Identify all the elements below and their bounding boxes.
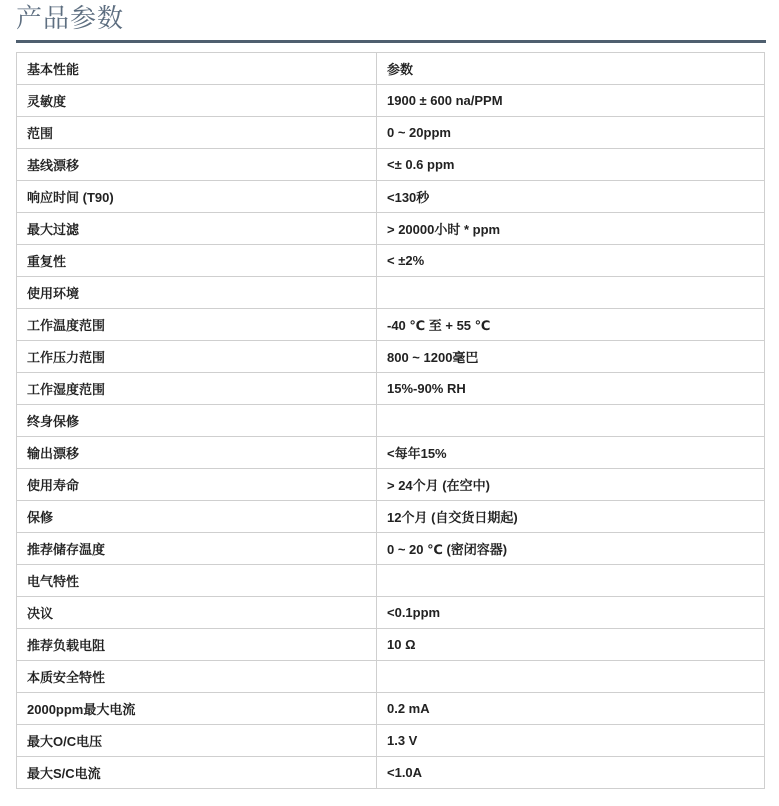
param-label: 使用寿命	[17, 469, 377, 501]
param-value: 15%-90% RH	[377, 373, 765, 405]
table-row: 最大O/C电压1.3 V	[17, 725, 765, 757]
param-label: 推荐储存温度	[17, 533, 377, 565]
table-row: 使用环境	[17, 277, 765, 309]
param-value: < ±2%	[377, 245, 765, 277]
param-value: 12个月 (自交货日期起)	[377, 501, 765, 533]
param-value: <130秒	[377, 181, 765, 213]
param-label: 最大S/C电流	[17, 757, 377, 789]
table-row: 本质安全特性	[17, 661, 765, 693]
param-label: 终身保修	[17, 405, 377, 437]
param-label: 范围	[17, 117, 377, 149]
table-row: 响应时间 (T90)<130秒	[17, 181, 765, 213]
table-row: 最大过滤> 20000小时 * ppm	[17, 213, 765, 245]
param-label: 保修	[17, 501, 377, 533]
param-label: 2000ppm最大电流	[17, 693, 377, 725]
table-row: 工作湿度范围15%-90% RH	[17, 373, 765, 405]
table-row: 决议<0.1ppm	[17, 597, 765, 629]
title-divider	[16, 40, 766, 43]
param-value	[377, 661, 765, 693]
param-value: -40 ℃ 至 + 55 ℃	[377, 309, 765, 341]
param-value: 1.3 V	[377, 725, 765, 757]
param-label: 最大O/C电压	[17, 725, 377, 757]
param-label: 响应时间 (T90)	[17, 181, 377, 213]
param-value: <0.1ppm	[377, 597, 765, 629]
page-title: 产品参数	[16, 0, 124, 36]
table-row: 最大S/C电流<1.0A	[17, 757, 765, 789]
table-row: 灵敏度1900 ± 600 na/PPM	[17, 85, 765, 117]
table-row: 2000ppm最大电流0.2 mA	[17, 693, 765, 725]
param-value: 1900 ± 600 na/PPM	[377, 85, 765, 117]
spec-table: 基本性能参数 灵敏度1900 ± 600 na/PPM 范围0 ~ 20ppm …	[16, 52, 765, 789]
param-value: <± 0.6 ppm	[377, 149, 765, 181]
param-value	[377, 405, 765, 437]
param-value: <1.0A	[377, 757, 765, 789]
table-row: 输出漂移<每年15%	[17, 437, 765, 469]
param-value: <每年15%	[377, 437, 765, 469]
param-label: 推荐负载电阻	[17, 629, 377, 661]
table-row: 重复性< ±2%	[17, 245, 765, 277]
param-label: 基线漂移	[17, 149, 377, 181]
param-value: 0.2 mA	[377, 693, 765, 725]
param-value	[377, 565, 765, 597]
table-row: 推荐储存温度0 ~ 20 ℃ (密闭容器)	[17, 533, 765, 565]
param-value: 800 ~ 1200毫巴	[377, 341, 765, 373]
param-value: > 24个月 (在空中)	[377, 469, 765, 501]
param-label: 本质安全特性	[17, 661, 377, 693]
param-value: > 20000小时 * ppm	[377, 213, 765, 245]
param-label: 决议	[17, 597, 377, 629]
param-label: 工作温度范围	[17, 309, 377, 341]
param-label: 工作压力范围	[17, 341, 377, 373]
param-value: 0 ~ 20 ℃ (密闭容器)	[377, 533, 765, 565]
table-row: 推荐负载电阻10 Ω	[17, 629, 765, 661]
param-value	[377, 277, 765, 309]
param-value: 10 Ω	[377, 629, 765, 661]
param-value: 参数	[377, 53, 765, 85]
table-row: 工作压力范围800 ~ 1200毫巴	[17, 341, 765, 373]
table-row: 终身保修	[17, 405, 765, 437]
table-row: 范围0 ~ 20ppm	[17, 117, 765, 149]
table-row: 基线漂移<± 0.6 ppm	[17, 149, 765, 181]
table-row: 使用寿命> 24个月 (在空中)	[17, 469, 765, 501]
table-row: 基本性能参数	[17, 53, 765, 85]
param-label: 输出漂移	[17, 437, 377, 469]
table-row: 保修12个月 (自交货日期起)	[17, 501, 765, 533]
param-label: 工作湿度范围	[17, 373, 377, 405]
table-row: 电气特性	[17, 565, 765, 597]
param-label: 基本性能	[17, 53, 377, 85]
param-value: 0 ~ 20ppm	[377, 117, 765, 149]
table-row: 工作温度范围-40 ℃ 至 + 55 ℃	[17, 309, 765, 341]
param-label: 电气特性	[17, 565, 377, 597]
param-label: 灵敏度	[17, 85, 377, 117]
param-label: 使用环境	[17, 277, 377, 309]
param-label: 最大过滤	[17, 213, 377, 245]
param-label: 重复性	[17, 245, 377, 277]
